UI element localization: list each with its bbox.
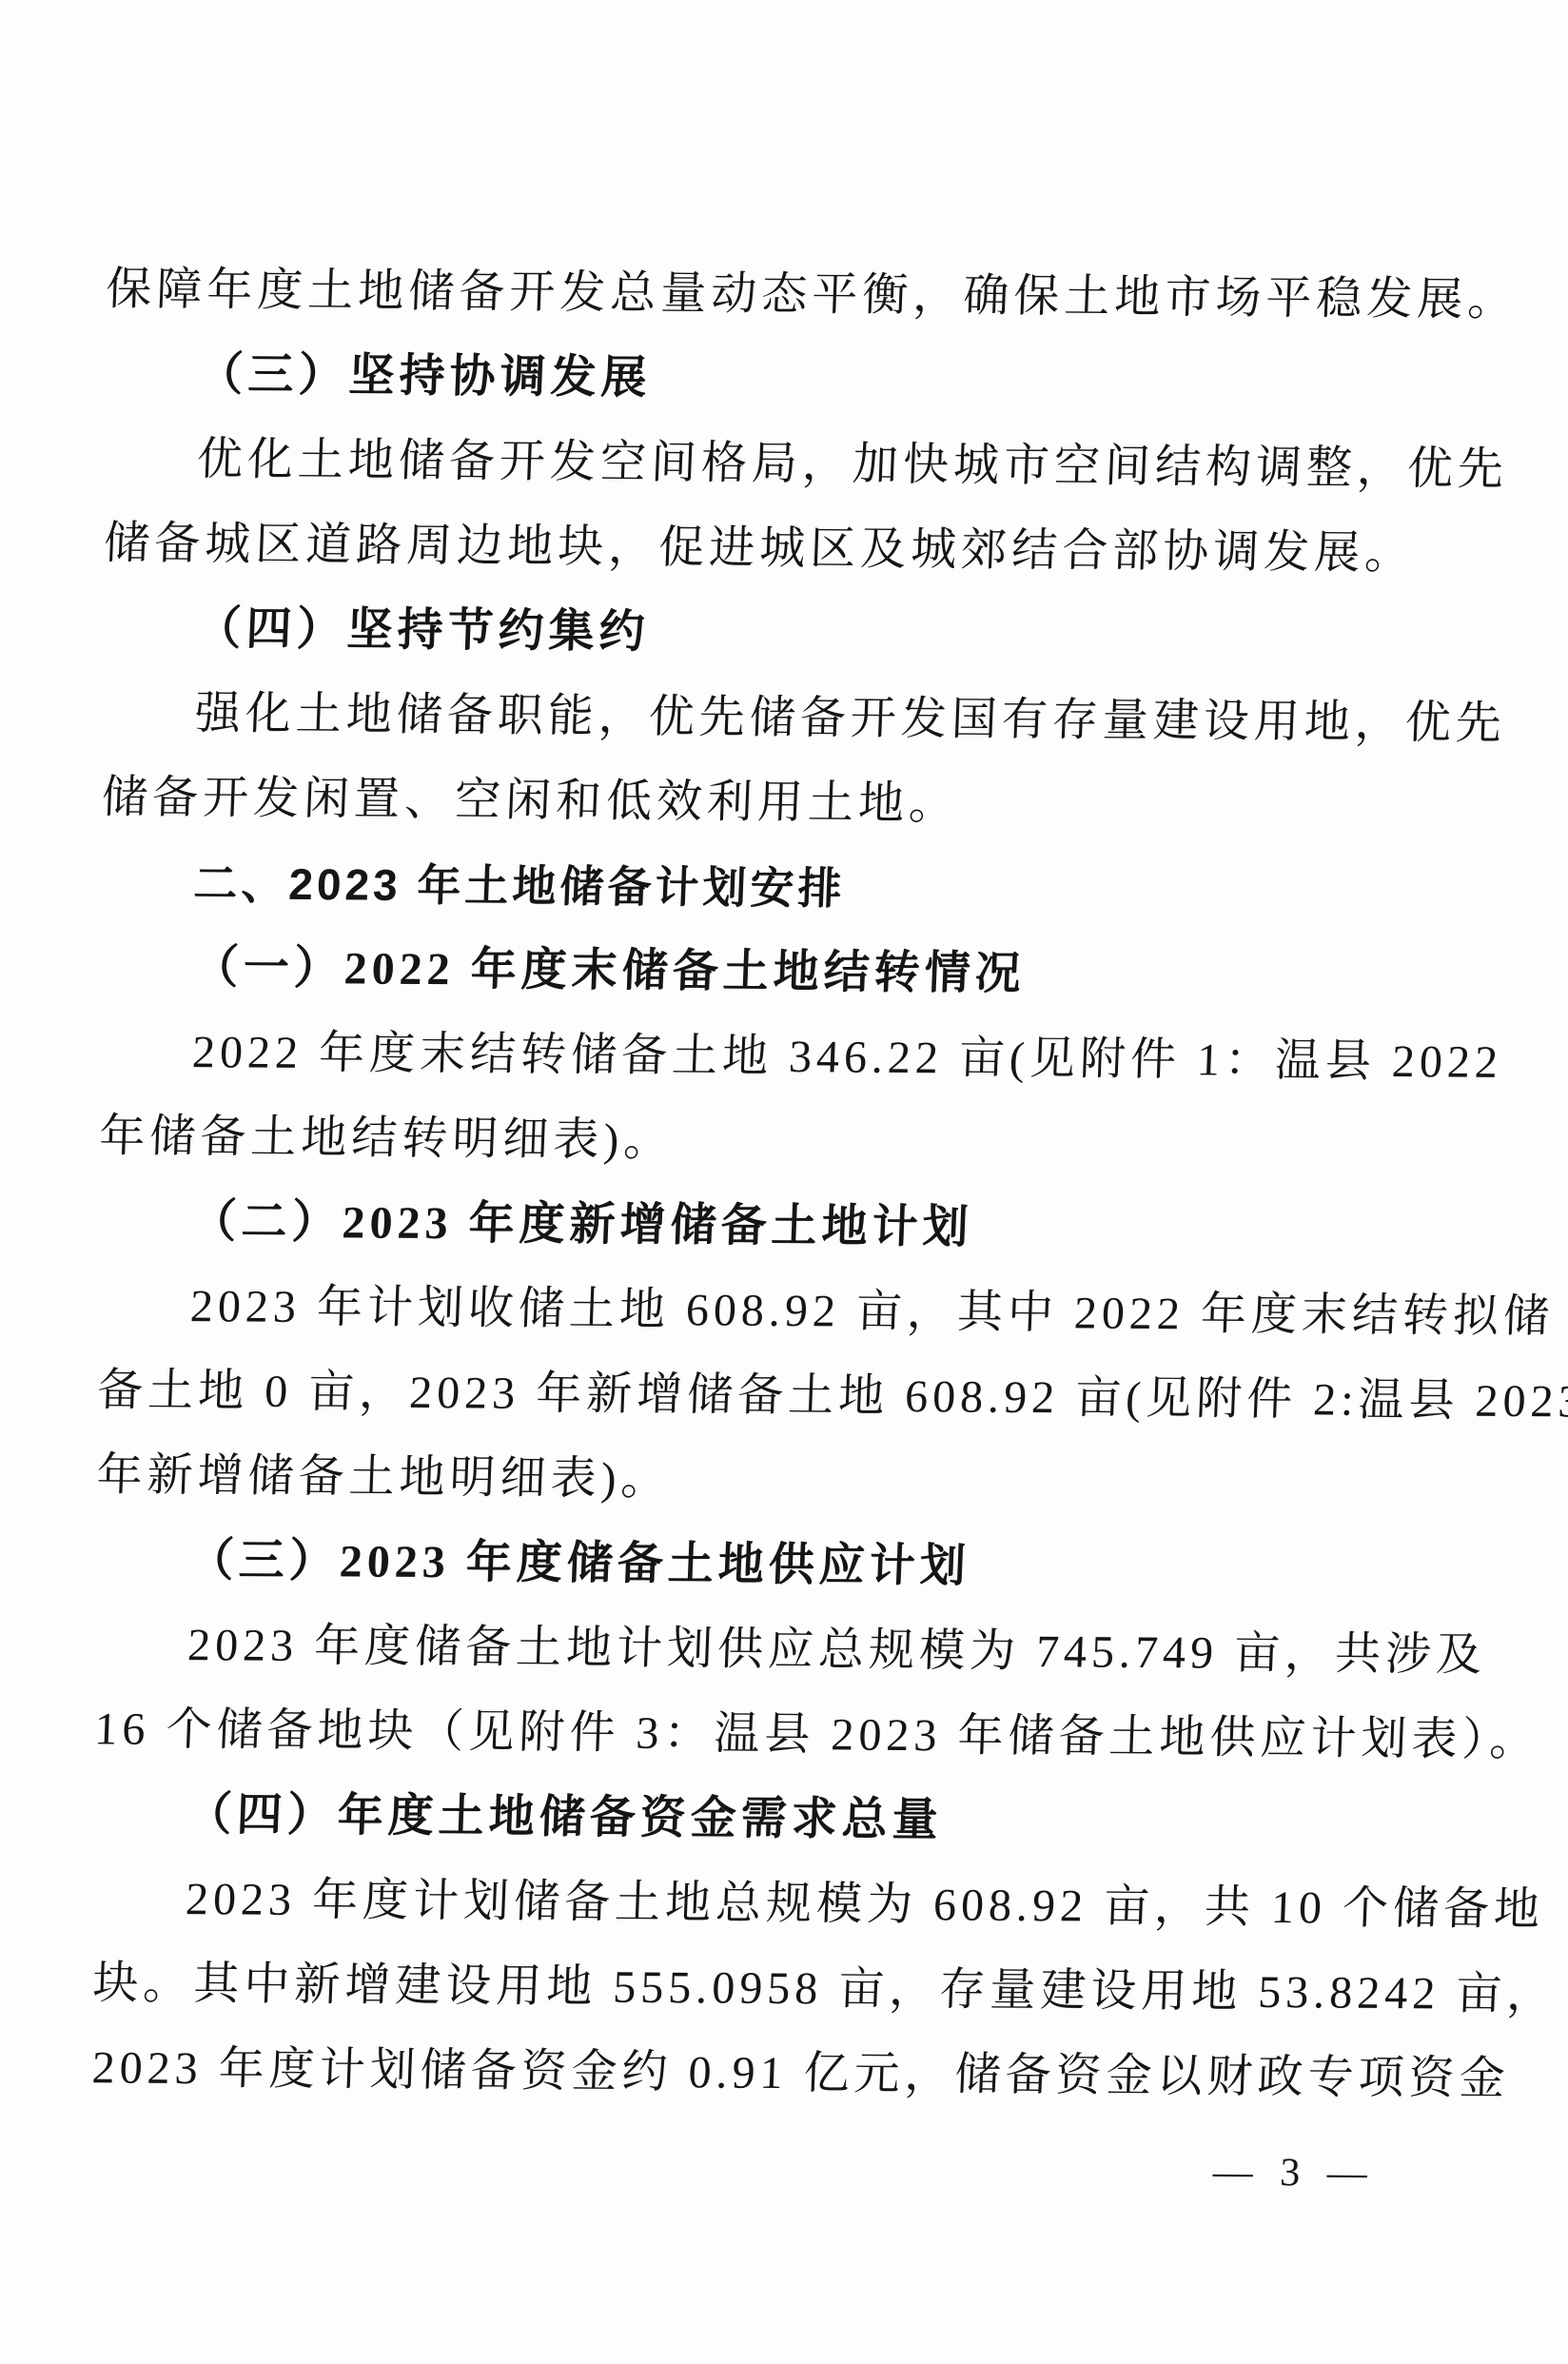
body-text-line: 2023 年度计划储备资金约 0.91 亿元，储备资金以财政专项资金 — [91, 2041, 1511, 2106]
subsection-heading: （三）2023 年度储备土地供应计划 — [187, 1534, 971, 1593]
body-text-line: 储备开发闲置、空闲和低效利用土地。 — [101, 771, 960, 831]
page-number: — 3 — — [1212, 2150, 1377, 2197]
subsection-heading: （四）年度土地储备资金需求总量 — [186, 1788, 944, 1847]
section-heading: 二、2023 年土地储备计划安排 — [192, 857, 846, 915]
body-text-line: 2023 年度储备土地计划供应总规模为 745.749 亩，共涉及 — [186, 1619, 1487, 1683]
scanned-document-page: 保障年度土地储备开发总量动态平衡，确保土地市场平稳发展。（三）坚持协调发展优化土… — [0, 0, 1568, 2364]
body-text-line: 2023 年计划收储土地 608.92 亩，其中 2022 年度末结转拟储 — [189, 1280, 1555, 1344]
body-text-line: 年储备土地结转明细表)。 — [98, 1110, 675, 1168]
body-text-line: 2023 年度计划储备土地总规模为 608.92 亩，共 10 个储备地 — [185, 1873, 1545, 1937]
body-text-line: 16 个储备地块（见附件 3：温县 2023 年储备土地供应计划表）。 — [93, 1703, 1540, 1767]
subsection-heading: （二）2023 年度新增储备土地计划 — [190, 1195, 974, 1254]
body-text-line: 储备城区道路周边地块，促进城区及城郊结合部协调发展。 — [103, 517, 1416, 581]
document-content: 保障年度土地储备开发总量动态平衡，确保土地市场平稳发展。（三）坚持协调发展优化土… — [0, 0, 1568, 2364]
body-text-line: 保障年度土地储备开发总量动态平衡，确保土地市场平稳发展。 — [105, 263, 1519, 327]
document-lines: 保障年度土地储备开发总量动态平衡，确保土地市场平稳发展。（三）坚持协调发展优化土… — [10, 0, 1568, 7]
subsection-heading: （四）坚持节约集约 — [194, 602, 650, 660]
body-text-line: 备土地 0 亩，2023 年新增储备土地 608.92 亩(见附件 2:温县 2… — [96, 1364, 1568, 1428]
subsection-heading: （一）2022 年度末储备土地结转情况 — [192, 941, 1027, 1001]
body-text-line: 强化土地储备职能，优先储备开发国有存量建设用地，优先 — [194, 687, 1507, 751]
body-text-line: 2022 年度末结转储备土地 346.22 亩(见附件 1：温县 2022 — [191, 1026, 1503, 1090]
subsection-heading: （三）坚持协调发展 — [197, 348, 653, 405]
body-text-line: 块。其中新增建设用地 555.0958 亩，存量建设用地 53.8242 亩， — [91, 1957, 1558, 2021]
body-text-line: 年新增储备土地明细表)。 — [95, 1448, 672, 1507]
body-text-line: 优化土地储备开发空间格局，加快城市空间结构调整，优先 — [196, 433, 1509, 497]
